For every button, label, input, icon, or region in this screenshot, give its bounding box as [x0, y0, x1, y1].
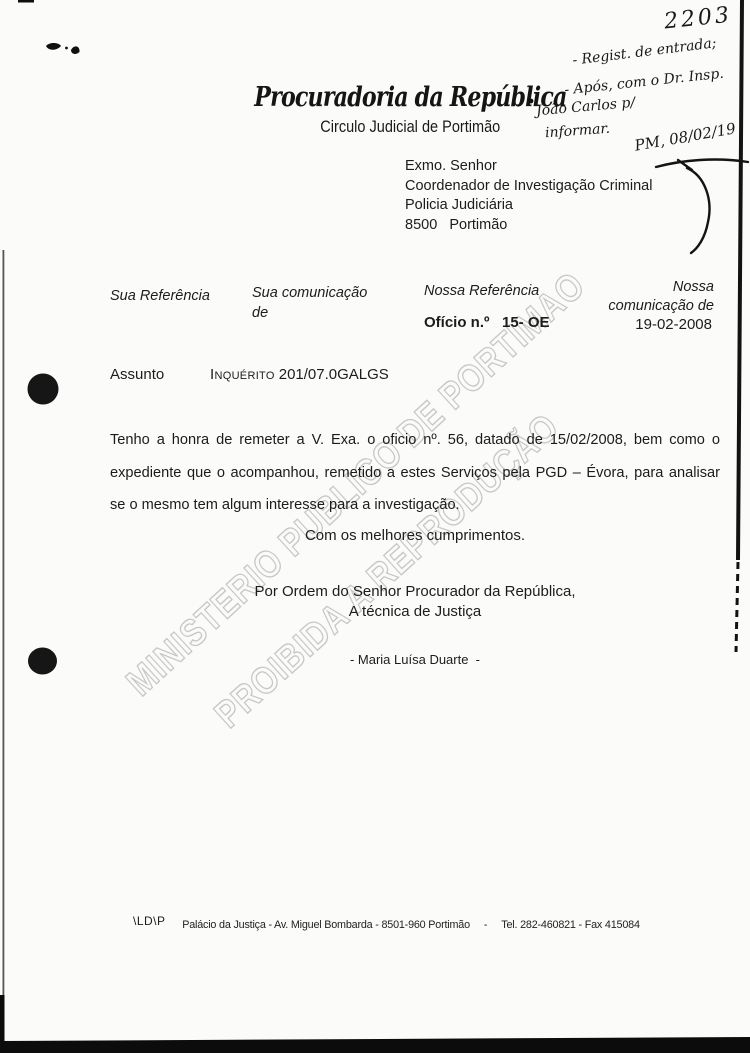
recipient-salutation: Exmo. Senhor [405, 157, 652, 177]
typist-initials: \LD\P [133, 914, 166, 928]
our-reference-value: Ofício n.º 15- OE [424, 314, 550, 331]
footer-address: Palácio da Justiça - Av. Miguel Bombarda… [182, 919, 470, 931]
handwritten-page-number: 2203 [663, 3, 733, 35]
our-reference-label: Nossa Referência [424, 281, 539, 301]
handwritten-flourish [656, 160, 748, 253]
order-line-1: Por Ordem do Senhor Procurador da Repúbl… [110, 583, 720, 600]
scan-top-edge-mark [18, 0, 34, 3]
footer-address-line: Palácio da Justiça - Av. Miguel Bombarda… [176, 919, 646, 931]
recipient-institution: Policia Judiciária [405, 196, 652, 216]
pen-marks-top-left [46, 43, 80, 54]
scan-left-edge [3, 250, 5, 1040]
division-name: Circulo Judicial de Portimão [320, 118, 500, 137]
salutation-line: Com os melhores cumprimentos. [110, 527, 720, 544]
signature-name: - Maria Luísa Duarte - [110, 652, 720, 667]
subject-line: AssuntoInquérito201/07.0GALGS [110, 366, 389, 383]
our-communication-label-line2: comunicação de [608, 297, 714, 316]
our-communication-label: Nossa comunicação de [608, 278, 714, 316]
hole-punch-top [28, 374, 59, 405]
your-communication-label-line2: de [252, 303, 367, 323]
handwritten-annotation-1: - Regist. de entrada; [572, 35, 718, 69]
your-communication-label: Sua comunicação de [252, 283, 367, 323]
our-communication-date: 19-02-2008 [635, 316, 712, 333]
organization-name: Procuradoria da República [254, 82, 566, 113]
scan-left-corner-strip [0, 995, 5, 1041]
footer-separator: - [484, 919, 487, 931]
body-paragraph: Tenho a honra de remeter a V. Exa. o ofi… [110, 424, 720, 522]
your-communication-label-line1: Sua comunicação [252, 283, 367, 303]
scan-bottom-band [0, 1037, 750, 1053]
your-reference-label: Sua Referência [110, 286, 210, 306]
recipient-block: Exmo. Senhor Coordenador de Investigação… [405, 157, 652, 235]
scan-right-edge [736, 0, 742, 652]
footer-contact: Tel. 282-460821 - Fax 415084 [501, 919, 639, 931]
handwritten-annotation-4: informar. [545, 121, 611, 141]
subject-case-type: Inquérito [210, 366, 275, 383]
recipient-title: Coordenador de Investigação Criminal [405, 177, 652, 197]
hole-punch-bottom [28, 648, 57, 675]
subject-label: Assunto [110, 366, 210, 383]
our-communication-label-line1: Nossa [608, 278, 714, 297]
scanned-letter-page: MINISTERIO PUBLICO DE PORTIMAO PROIBIDA … [0, 0, 750, 1053]
recipient-postal: 8500 Portimão [405, 216, 652, 236]
subject-case-number: 201/07.0GALGS [279, 366, 389, 383]
letterhead-division: Circulo Judicial de Portimão [115, 118, 705, 137]
order-line-2: A técnica de Justiça [110, 603, 720, 620]
